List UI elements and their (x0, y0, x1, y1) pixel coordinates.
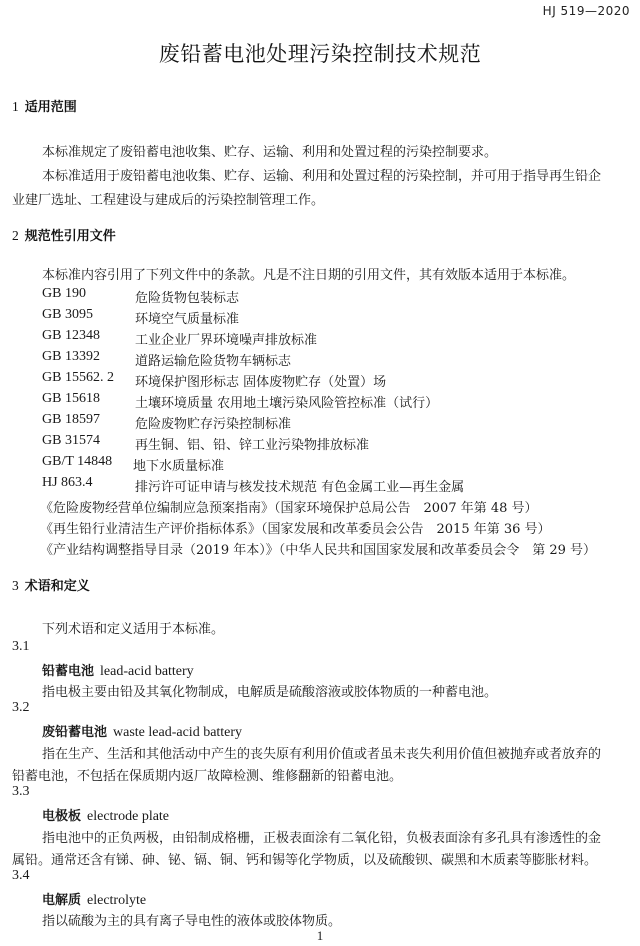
reference-code: GB 12348 (42, 328, 100, 344)
term-title: 电极板electrode plate (42, 805, 169, 825)
reference-name: 道路运输危险货物车辆标志 (135, 350, 291, 369)
term-title: 铅蓄电池lead-acid battery (42, 660, 194, 680)
paragraph: 下列术语和定义适用于本标准。 (42, 618, 224, 637)
section-2-heading: 2规范性引用文件 (12, 225, 116, 244)
section-3-heading: 3术语和定义 (12, 575, 90, 594)
section-1-heading: 1适用范围 (12, 96, 77, 115)
paragraph-continued: 业建厂选址、工程建设与建成后的污染控制管理工作。 (12, 189, 324, 208)
section-number: 2 (12, 228, 19, 243)
reference-code: HJ 863.4 (42, 475, 93, 491)
term-number: 3.4 (12, 868, 30, 884)
reference-name: 环境空气质量标准 (135, 308, 239, 327)
section-number: 1 (12, 99, 19, 114)
term-definition-continued: 属铅。通常还含有锑、砷、铋、镉、铜、钙和锡等化学物质，以及硫酸钡、碳黑和木质素等… (12, 849, 597, 868)
document-reference: 《产业结构调整指导目录（2019 年本）》（中华人民共和国国家发展和改革委员会令… (40, 539, 596, 558)
term-chinese: 电解质 (42, 893, 81, 908)
term-number: 3.1 (12, 639, 30, 655)
reference-name: 地下水质量标准 (133, 455, 224, 474)
term-english: lead-acid battery (100, 664, 194, 679)
reference-code: GB 13392 (42, 349, 100, 365)
paragraph: 本标准内容引用了下列文件中的条款。凡是不注日期的引用文件，其有效版本适用于本标准… (42, 264, 575, 283)
term-chinese: 废铅蓄电池 (42, 725, 107, 740)
term-definition-continued: 铅蓄电池，不包括在保质期内返厂故障检测、维修翻新的铅蓄电池。 (12, 765, 402, 784)
term-definition: 指电池中的正负两极，由铅制成格栅，正极表面涂有二氧化铅，负极表面涂有多孔具有渗透… (42, 827, 601, 846)
reference-code: GB 3095 (42, 307, 93, 323)
reference-name: 土壤环境质量 农用地土壤污染风险管控标准（试行） (135, 392, 438, 411)
reference-name: 排污许可证申请与核发技术规范 有色金属工业—再生金属 (135, 476, 464, 495)
document-reference: 《危险废物经营单位编制应急预案指南》（国家环境保护总局公告 2007 年第 48… (40, 497, 538, 516)
reference-code: GB 15562. 2 (42, 370, 114, 386)
paragraph: 本标准适用于废铅蓄电池收集、贮存、运输、利用和处置过程的污染控制，并可用于指导再… (42, 165, 601, 184)
term-definition: 指在生产、生活和其他活动中产生的丧失原有利用价值或者虽未丧失利用价值但被抛弃或者… (42, 743, 601, 762)
reference-code: GB 15618 (42, 391, 100, 407)
reference-code: GB/T 14848 (42, 454, 112, 470)
reference-code: GB 18597 (42, 412, 100, 428)
term-title: 废铅蓄电池waste lead-acid battery (42, 721, 242, 741)
term-english: waste lead-acid battery (113, 725, 242, 740)
reference-name: 工业企业厂界环境噪声排放标准 (135, 329, 317, 348)
reference-name: 再生铜、铝、铅、锌工业污染物排放标准 (135, 434, 369, 453)
section-title: 适用范围 (25, 100, 77, 115)
term-definition: 指电极主要由铅及其氧化物制成，电解质是硫酸溶液或胶体物质的一种蓄电池。 (42, 681, 497, 700)
reference-code: GB 190 (42, 286, 86, 302)
term-number: 3.2 (12, 700, 30, 716)
section-title: 规范性引用文件 (25, 229, 116, 244)
term-chinese: 铅蓄电池 (42, 664, 94, 679)
section-title: 术语和定义 (25, 579, 90, 594)
reference-name: 危险货物包装标志 (135, 287, 239, 306)
section-number: 3 (12, 578, 19, 593)
term-definition: 指以硫酸为主的具有离子导电性的液体或胶体物质。 (42, 910, 341, 929)
document-title: 废铅蓄电池处理污染控制技术规范 (0, 38, 640, 68)
term-number: 3.3 (12, 784, 30, 800)
term-chinese: 电极板 (42, 809, 81, 824)
page-number: 1 (0, 928, 640, 944)
reference-name: 危险废物贮存污染控制标准 (135, 413, 291, 432)
term-title: 电解质electrolyte (42, 889, 146, 909)
reference-code: GB 31574 (42, 433, 100, 449)
paragraph: 本标准规定了废铅蓄电池收集、贮存、运输、利用和处置过程的污染控制要求。 (42, 141, 497, 160)
reference-name: 环境保护图形标志 固体废物贮存（处置）场 (135, 371, 386, 390)
term-english: electrode plate (87, 809, 169, 824)
document-reference: 《再生铅行业清洁生产评价指标体系》（国家发展和改革委员会公告 2015 年第 3… (40, 518, 551, 537)
standard-code: HJ 519—2020 (543, 4, 630, 18)
term-english: electrolyte (87, 893, 146, 908)
